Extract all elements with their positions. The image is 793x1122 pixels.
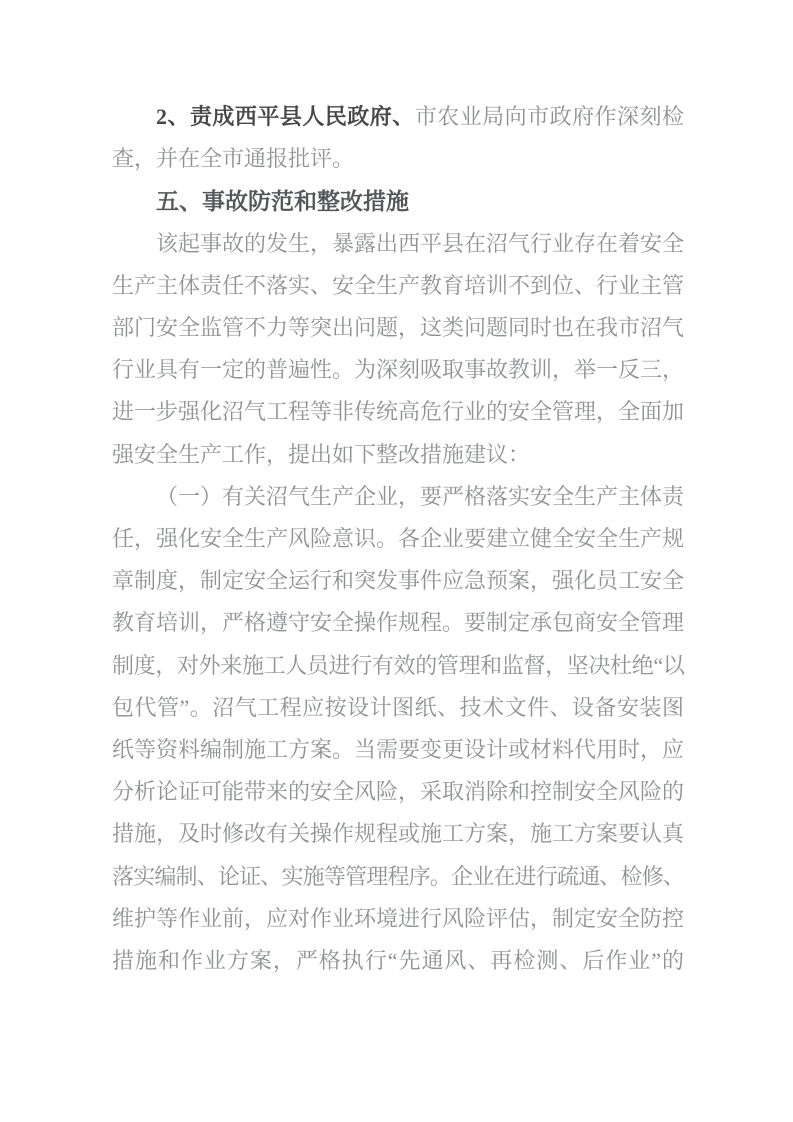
paragraph-line: 教育培训，严格遵守安全操作规程。要制定承包商安全管理 [112,602,684,644]
paragraph-line: 该起事故的发生，暴露出西平县在沼气行业存在着安全 [112,223,684,265]
document-page: 2、责成西平县人民政府、市农业局向市政府作深刻检 查，并在全市通报批评。 五、事… [0,0,793,1122]
paragraph-line: 生产主体责任不落实、安全生产教育培训不到位、行业主管 [112,265,684,307]
paragraph-line: 纸等资料编制施工方案。当需要变更设计或材料代用时，应 [112,729,684,771]
numbered-item-2-line-2: 查，并在全市通报批评。 [112,138,684,180]
paragraph-line: （一）有关沼气生产企业，要严格落实安全生产主体责 [112,476,684,518]
paragraph-line: 制度，对外来施工人员进行有效的管理和监督，坚决杜绝“以 [112,645,684,687]
paragraph-line: 章制度，制定安全运行和突发事件应急预案，强化员工安全 [112,560,684,602]
paragraph-line: 措施和作业方案，严格执行“先通风、再检测、后作业”的 [112,940,684,982]
paragraph-line: 分析论证可能带来的安全风险，采取消除和控制安全风险的 [112,771,684,813]
paragraph-line: 行业具有一定的普遍性。为深刻吸取事故教训，举一反三， [112,349,684,391]
paragraph-line: 维护等作业前，应对作业环境进行风险评估，制定安全防控 [112,898,684,940]
paragraph-line: 措施，及时修改有关操作规程或施工方案，施工方案要认真 [112,813,684,855]
paragraph-line: 任，强化安全生产风险意识。各企业要建立健全安全生产规 [112,518,684,560]
paragraph-line: 落实编制、论证、实施等管理程序。企业在进行疏通、检修、 [112,856,684,898]
paragraph-line: 进一步强化沼气工程等非传统高危行业的安全管理，全面加 [112,391,684,433]
paragraph-line: 包代管”。沼气工程应按设计图纸、技术文件、设备安装图 [112,687,684,729]
paragraph-line: 强安全生产工作，提出如下整改措施建议： [112,434,684,476]
document-body: 2、责成西平县人民政府、市农业局向市政府作深刻检 查，并在全市通报批评。 五、事… [112,96,684,982]
numbered-item-2-line-1: 2、责成西平县人民政府、市农业局向市政府作深刻检 [112,96,684,138]
paragraph-line: 部门安全监管不力等突出问题，这类问题同时也在我市沼气 [112,307,684,349]
section-heading: 五、事故防范和整改措施 [112,180,684,222]
numbered-item-2-light-segment: 市农业局向市政府作深刻检 [415,104,684,129]
numbered-item-2-bold-segment: 2、责成西平县人民政府、 [156,104,415,129]
